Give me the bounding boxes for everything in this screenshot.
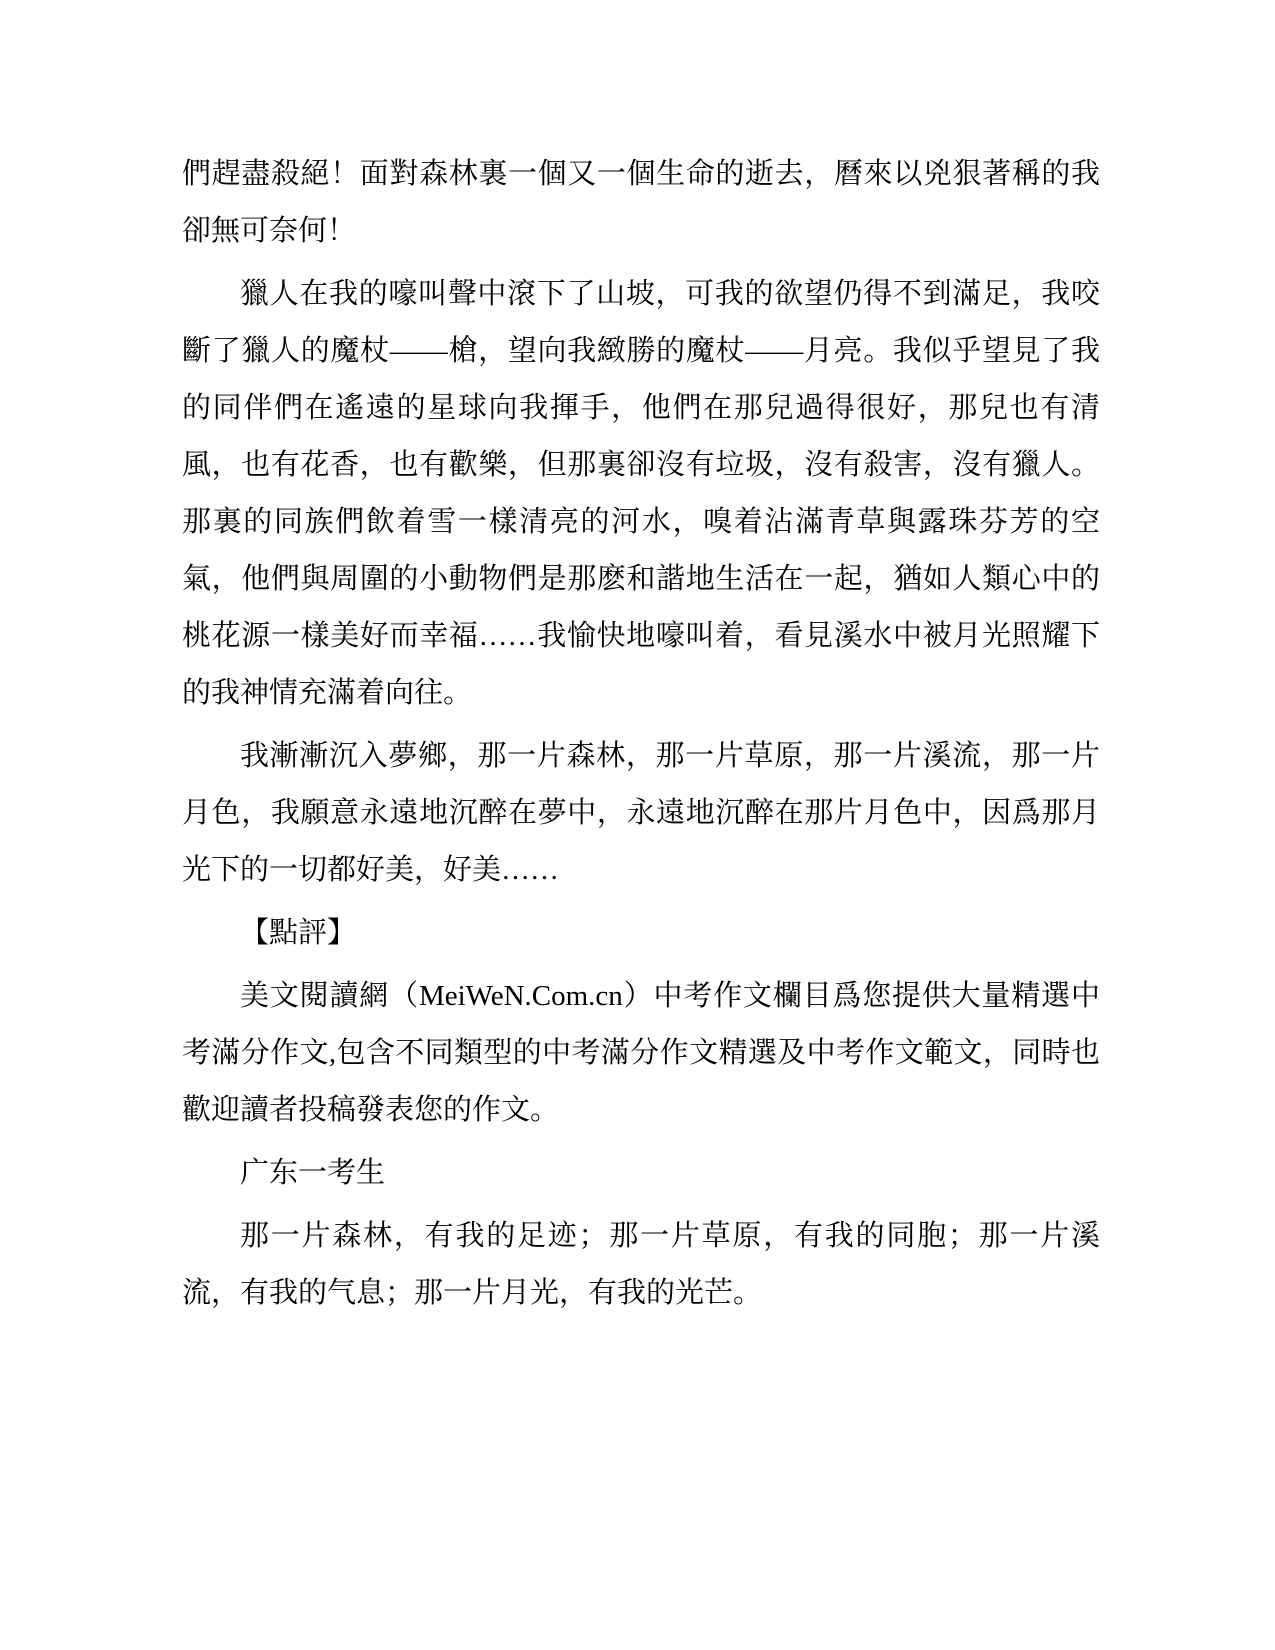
document-body: 們趕盡殺絕！面對森林裏一個又一個生命的逝去，曆來以兇狠著稱的我卻無可奈何！ 獵人… <box>182 146 1100 1328</box>
paragraph-promo-note: 美文閱讀網（MeiWeN.Com.cn）中考作文欄目爲您提供大量精選中考滿分作文… <box>182 968 1100 1139</box>
section-heading-comment: 【點評】 <box>182 905 1100 962</box>
paragraph-body-2: 我漸漸沉入夢鄉，那一片森林，那一片草原，那一片溪流，那一片月色，我願意永遠地沉醉… <box>182 728 1100 899</box>
document-page: 們趕盡殺絕！面對森林裏一個又一個生命的逝去，曆來以兇狠著稱的我卻無可奈何！ 獵人… <box>0 0 1275 1650</box>
paragraph-body-1: 獵人在我的嚎叫聲中滾下了山坡，可我的欲望仍得不到滿足，我咬斷了獵人的魔杖——槍，… <box>182 266 1100 722</box>
paragraph-continuation: 們趕盡殺絕！面對森林裏一個又一個生命的逝去，曆來以兇狠著稱的我卻無可奈何！ <box>182 146 1100 260</box>
paragraph-body-3: 那一片森林，有我的足迹；那一片草原，有我的同胞；那一片溪流，有我的气息；那一片月… <box>182 1208 1100 1322</box>
paragraph-byline: 广东一考生 <box>182 1145 1100 1202</box>
